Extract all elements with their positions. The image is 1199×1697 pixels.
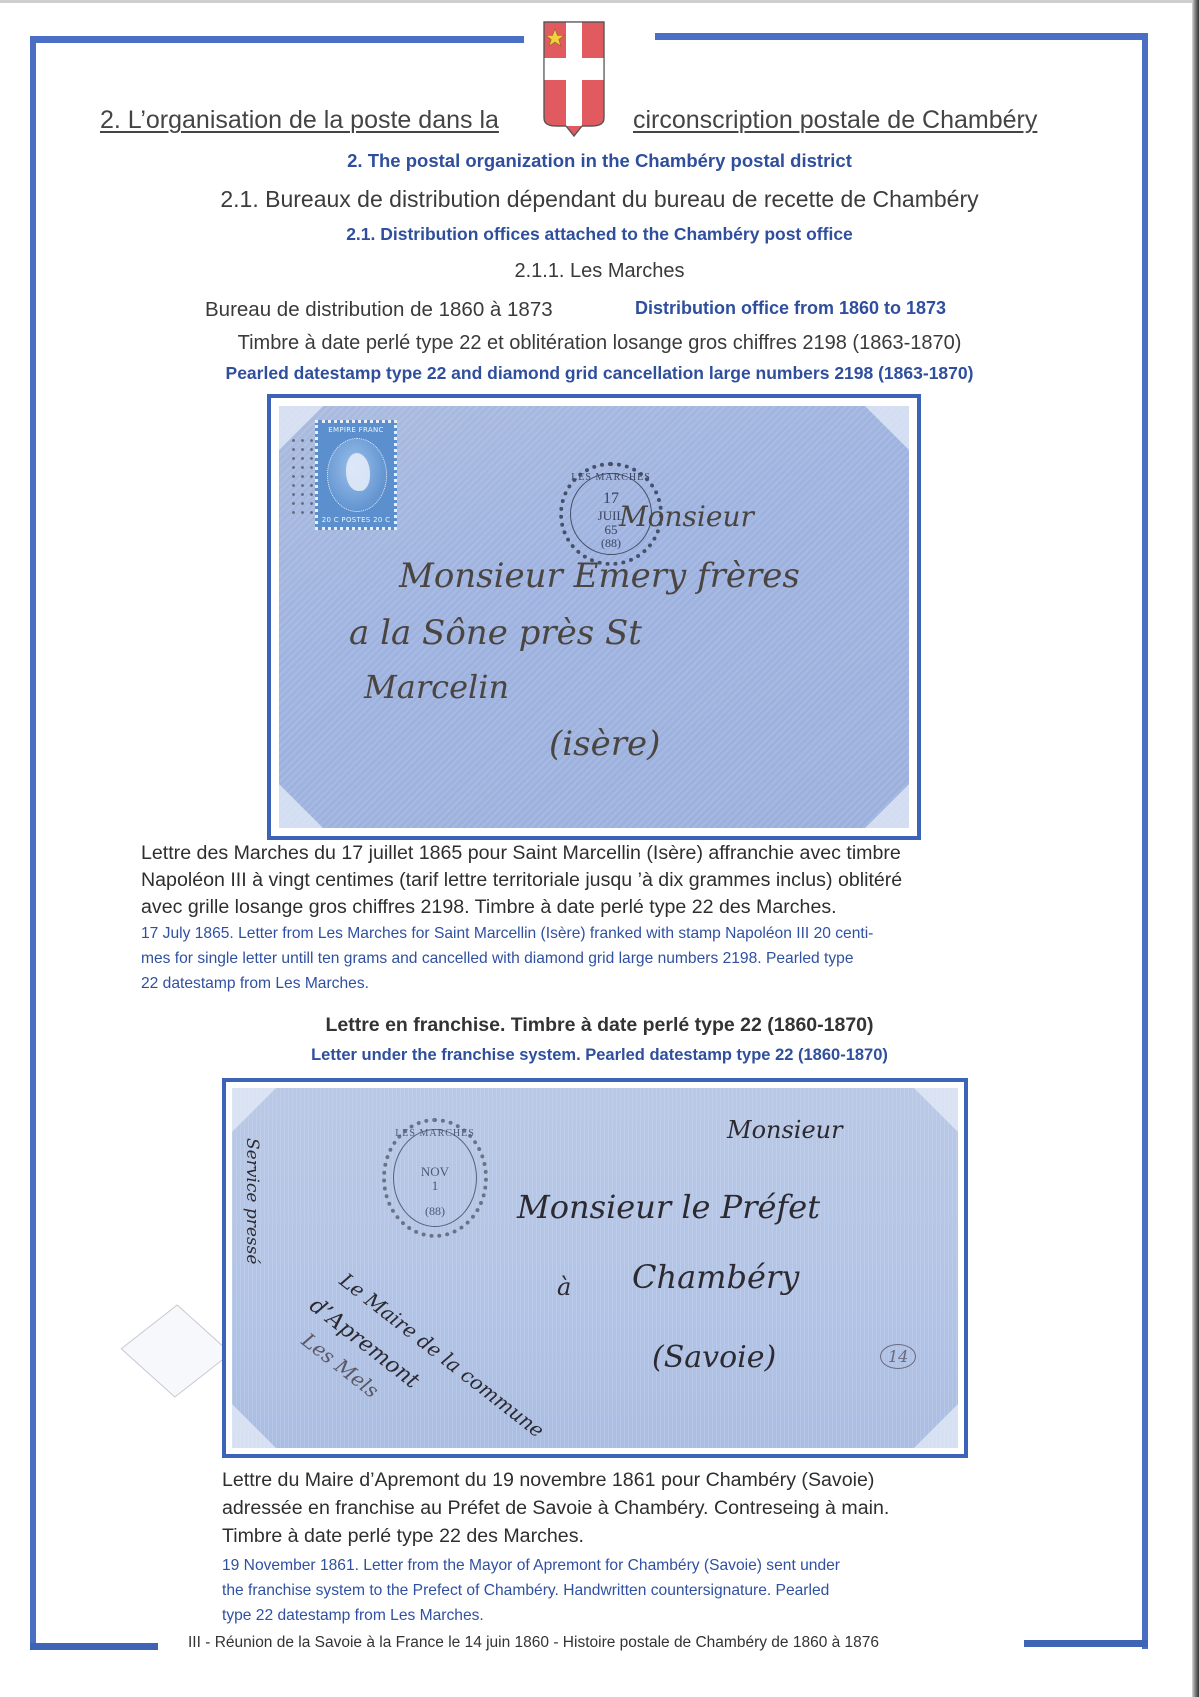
postmark-dept: (88) <box>386 1204 484 1219</box>
address-line: Chambéry <box>632 1258 799 1296</box>
caption-line: Lettre des Marches du 17 juillet 1865 po… <box>141 840 902 867</box>
caption-line: 19 November 1861. Letter from the Mayor … <box>222 1553 840 1578</box>
frame-top-left <box>30 36 524 43</box>
mount-corner <box>232 1404 276 1448</box>
address-line: Monsieur le Préfet <box>517 1188 820 1226</box>
pencil-mark: 14 <box>880 1344 916 1369</box>
postmark-town: LES MARCHES <box>563 472 659 483</box>
address-line: à <box>557 1273 571 1301</box>
page-title-part1: 2. L’organisation de la poste dans la <box>100 106 499 135</box>
address-line: Monsieur Emery frères <box>399 556 800 596</box>
caption-1-en: 17 July 1865. Letter from Les Marches fo… <box>141 921 873 996</box>
caption-2-fr: Lettre du Maire d’Apremont du 19 novembr… <box>222 1466 889 1550</box>
page-title-en: 2. The postal organization in the Chambé… <box>0 150 1199 172</box>
savoy-shield-icon <box>542 20 606 138</box>
section-title: 2.1.1. Les Marches <box>0 260 1199 283</box>
mount-corner <box>865 406 909 450</box>
datestamp-desc-en: Pearled datestamp type 22 and diamond gr… <box>0 363 1199 384</box>
postmark-les-marches-2: LES MARCHES NOV 1 (88) <box>382 1118 488 1238</box>
frame-bottom-left <box>30 1643 158 1650</box>
frame-bottom-right <box>1024 1640 1148 1647</box>
mount-corner <box>914 1404 958 1448</box>
caption-1-fr: Lettre des Marches du 17 juillet 1865 po… <box>141 840 902 921</box>
caption-line: adressée en franchise au Préfet de Savoi… <box>222 1494 889 1522</box>
datestamp-desc-fr: Timbre à date perlé type 22 et oblitérat… <box>0 332 1199 355</box>
office-period-fr: Bureau de distribution de 1860 à 1873 <box>205 298 553 322</box>
envelope-2: Service pressé LES MARCHES NOV 1 (88) Le… <box>232 1088 958 1448</box>
caption-line: type 22 datestamp from Les Marches. <box>222 1603 840 1628</box>
caption-line: Timbre à date perlé type 22 des Marches. <box>222 1522 889 1550</box>
caption-2-en: 19 November 1861. Letter from the Mayor … <box>222 1553 840 1628</box>
cover-image-1: EMPIRE FRANC 20 C POSTES 20 C LES MARCHE… <box>267 394 921 840</box>
section-2-title-en: Letter under the franchise system. Pearl… <box>0 1046 1199 1065</box>
mount-corner <box>232 1088 276 1132</box>
cover-image-2: Service pressé LES MARCHES NOV 1 (88) Le… <box>222 1078 968 1458</box>
address-line: Monsieur <box>727 1116 843 1144</box>
stamp-top-text: EMPIRE FRANC <box>318 426 394 434</box>
caption-line: Napoléon III à vingt centimes (tarif let… <box>141 867 902 894</box>
address-line: Monsieur <box>619 500 754 533</box>
mount-corner <box>914 1088 958 1132</box>
section-2-title-fr: Lettre en franchise. Timbre à date perlé… <box>0 1014 1199 1037</box>
postmark-town: LES MARCHES <box>386 1128 484 1139</box>
address-line: (Savoie) <box>652 1340 776 1375</box>
portrait-head-icon <box>346 453 370 491</box>
postmark-dept: (88) <box>563 536 659 551</box>
mount-corner <box>279 784 323 828</box>
caption-line: the franchise system to the Prefect of C… <box>222 1578 840 1603</box>
address-line: a la Sône près St <box>349 613 642 653</box>
envelope-1: EMPIRE FRANC 20 C POSTES 20 C LES MARCHE… <box>279 406 909 828</box>
caption-line: Lettre du Maire d’Apremont du 19 novembr… <box>222 1466 889 1494</box>
mount-corner <box>865 784 909 828</box>
office-period-en: Distribution office from 1860 to 1873 <box>635 298 946 319</box>
scan-edge <box>1192 0 1199 1697</box>
loose-mount-corner <box>120 1304 231 1397</box>
stamp-bottom-text: 20 C POSTES 20 C <box>318 516 394 524</box>
page-title-part2: circonscription postale de Chambéry <box>633 106 1037 135</box>
subtitle-en: 2.1. Distribution offices attached to th… <box>0 224 1199 245</box>
address-line: Marcelin <box>364 668 509 706</box>
postmark-day: 1 <box>386 1178 484 1194</box>
frame-top-right <box>655 33 1148 40</box>
page-footer: III - Réunion de la Savoie à la France l… <box>188 1634 879 1652</box>
address-line: (isère) <box>549 724 660 764</box>
scan-edge <box>0 0 1199 3</box>
caption-line: 17 July 1865. Letter from Les Marches fo… <box>141 921 873 946</box>
stamp-portrait <box>327 438 387 512</box>
caption-line: avec grille losange gros chiffres 2198. … <box>141 894 902 921</box>
caption-line: 22 datestamp from Les Marches. <box>141 971 873 996</box>
subtitle-fr: 2.1. Bureaux de distribution dépendant d… <box>0 186 1199 213</box>
side-note: Service pressé <box>242 1138 262 1264</box>
caption-line: mes for single letter untill ten grams a… <box>141 946 873 971</box>
napoleon-stamp: EMPIRE FRANC 20 C POSTES 20 C <box>315 420 397 530</box>
